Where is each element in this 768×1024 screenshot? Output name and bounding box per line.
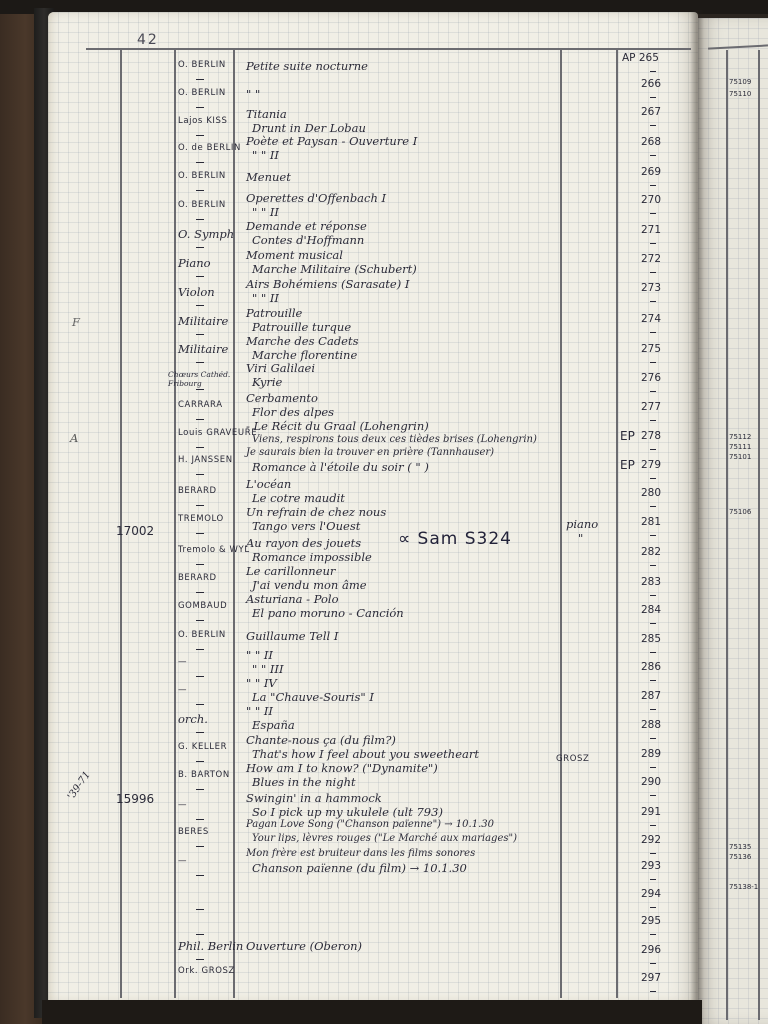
number-dash (650, 332, 656, 333)
record-number: 269 (641, 166, 661, 178)
artist-cell: O. BERLIN (178, 171, 226, 181)
title-cell: Chante-nous ça (du film?) (246, 734, 396, 746)
record-number: 279 (641, 459, 661, 471)
number-dash (650, 565, 656, 566)
catalog-code: 75109 (729, 78, 751, 86)
number-dash (650, 652, 656, 653)
ditto-dash (196, 533, 204, 534)
title-cell: Marche florentine (252, 349, 357, 361)
catalog-code: 75106 (729, 508, 751, 516)
instrument-note: piano (566, 518, 598, 530)
ditto-dash (196, 649, 204, 650)
ditto-dash (196, 761, 204, 762)
record-number: 283 (641, 576, 661, 588)
title-cell: Patrouille (246, 307, 302, 319)
title-cell: Airs Bohémiens (Sarasate) I (246, 278, 409, 290)
title-cell: That's how I feel about you sweetheart (252, 748, 479, 760)
title-cell: " " III (252, 663, 284, 675)
number-dash (650, 97, 656, 98)
artist-cell: G. KELLER (178, 742, 227, 752)
title-cell: So I pick up my ukulele (ult 793) (252, 806, 443, 818)
title-cell: " " II (252, 206, 279, 218)
artist-cell: — (178, 685, 187, 695)
ditto-dash (196, 592, 204, 593)
number-dash (650, 362, 656, 363)
ditto-dash (196, 474, 204, 475)
number-dash (650, 795, 656, 796)
ditto-dash (196, 875, 204, 876)
ditto-dash (196, 247, 204, 248)
title-cell: Flor des alpes (252, 406, 334, 418)
instrument-note-ditto: " (578, 532, 583, 544)
artist-cell: B. BARTON (178, 770, 230, 780)
ditto-dash (196, 190, 204, 191)
title-cell: España (252, 719, 295, 731)
number-dash (650, 185, 656, 186)
number-dash (650, 879, 656, 880)
number-dash (650, 623, 656, 624)
title-cell: " " II (252, 149, 279, 161)
margin-letter: A (70, 432, 78, 444)
facing-column-rule-1 (726, 50, 728, 1020)
artist-cell: O. BERLIN (178, 60, 226, 70)
title-cell: Marche des Cadets (246, 335, 359, 347)
record-number: 286 (641, 661, 661, 673)
catalog-code: 75112 (729, 433, 751, 441)
title-cell: - Le Récit du Graal (Lohengrin) (246, 420, 429, 432)
record-prefix: EP (620, 459, 635, 471)
catalog-code: 75110 (729, 90, 751, 98)
ditto-dash (196, 846, 204, 847)
catalog-code: 75138-1 (729, 883, 758, 891)
record-number: 267 (641, 106, 661, 118)
artist-cell: — (178, 856, 187, 866)
title-cell: Patrouille turque (252, 321, 351, 333)
number-dash (650, 535, 656, 536)
title-cell: Le cotre maudit (252, 492, 345, 504)
title-cell: Le carillonneur (246, 565, 335, 577)
number-dash (650, 934, 656, 935)
record-number: 278 (641, 430, 661, 442)
record-number: 266 (641, 78, 661, 90)
ditto-dash (196, 909, 204, 910)
number-dash (650, 213, 656, 214)
catalog-code: 75135 (729, 843, 751, 851)
margin-letter: F (72, 316, 80, 328)
record-number: 285 (641, 633, 661, 645)
artist-cell: O. BERLIN (178, 200, 226, 210)
title-cell: Drunt in Der Lobau (252, 122, 366, 134)
ditto-dash (196, 162, 204, 163)
title-cell: Ouverture (Oberon) (246, 940, 362, 952)
ditto-dash (196, 789, 204, 790)
title-cell: Demande et réponse (246, 220, 367, 232)
title-cell: " " II (246, 649, 273, 661)
artist-cell: GOMBAUD (178, 601, 227, 611)
column-rule-3 (233, 48, 235, 998)
title-cell: " " II (252, 292, 279, 304)
ditto-dash (196, 135, 204, 136)
record-number: 273 (641, 282, 661, 294)
title-cell: La "Chauve-Souris" I (252, 691, 374, 703)
record-prefix: EP (620, 430, 635, 442)
record-number: 293 (641, 860, 661, 872)
title-cell: Titania (246, 108, 287, 120)
number-dash (650, 391, 656, 392)
ditto-dash (196, 676, 204, 677)
number-dash (650, 301, 656, 302)
record-number: 287 (641, 690, 661, 702)
title-cell: Asturiana - Polo (246, 593, 339, 605)
ditto-dash (196, 389, 204, 390)
column-rule-2 (174, 48, 176, 998)
number-dash (650, 506, 656, 507)
record-number: 284 (641, 604, 661, 616)
ditto-dash (196, 934, 204, 935)
number-dash (650, 595, 656, 596)
title-cell: El pano moruno - Canción (252, 607, 404, 619)
number-dash (650, 991, 656, 992)
title-cell: " " II (246, 705, 273, 717)
artist-cell: Chœurs Cathéd. Fribourg (168, 370, 234, 388)
artist-cell: O. BERLIN (178, 88, 226, 98)
record-number: 280 (641, 487, 661, 499)
artist-cell: BERARD (178, 573, 217, 583)
title-cell: Swingin' in a hammock (246, 792, 382, 804)
record-number: 292 (641, 834, 661, 846)
title-cell: Un refrain de chez nous (246, 506, 386, 518)
record-number: 275 (641, 343, 661, 355)
title-cell: Je saurais bien la trouver en prière (Ta… (246, 447, 494, 459)
artist-cell: O. de BERLIN (178, 143, 241, 153)
record-number: 289 (641, 748, 661, 760)
number-dash (650, 71, 656, 72)
ditto-dash (196, 362, 204, 363)
title-cell: Marche Militaire (Schubert) (252, 263, 417, 275)
artist-cell: Ork. GROSZ (178, 966, 235, 976)
artist-cell: BERES (178, 827, 209, 837)
record-number: 272 (641, 253, 661, 265)
record-number: 295 (641, 915, 661, 927)
facing-column-rule-2 (758, 50, 760, 1020)
title-cell: Romance impossible (252, 551, 372, 563)
artist-cell: Militaire (178, 343, 228, 355)
title-cell: " " (246, 88, 260, 100)
title-cell: Viens, respirons tous deux ces tièdes br… (252, 434, 537, 446)
artist-cell: Militaire (178, 315, 228, 327)
artist-cell: BERARD (178, 486, 217, 496)
book-gutter (690, 10, 704, 1024)
title-cell: Pagan Love Song ("Chanson païenne") → 10… (246, 819, 494, 831)
title-cell: L'océan (246, 478, 291, 490)
record-number: 277 (641, 401, 661, 413)
record-number: 281 (641, 516, 661, 528)
column-rule-4 (560, 48, 562, 998)
number-dash (650, 478, 656, 479)
number-dash (650, 125, 656, 126)
record-number: 297 (641, 972, 661, 984)
title-cell: Au rayon des jouets (246, 537, 361, 549)
title-cell: Cerbamento (246, 392, 318, 404)
record-number: 288 (641, 719, 661, 731)
page-number: 42 (137, 32, 159, 48)
title-cell: Contes d'Hoffmann (252, 234, 364, 246)
number-dash (650, 420, 656, 421)
artist-cell: O. BERLIN (178, 630, 226, 640)
column-rule-5 (616, 48, 618, 998)
ditto-dash (196, 334, 204, 335)
artist-cell: CARRARA (178, 400, 223, 410)
title-cell: Poète et Paysan - Ouverture I (246, 135, 417, 147)
artist-cell: — (178, 800, 187, 810)
number-dash (650, 243, 656, 244)
record-number: 274 (641, 313, 661, 325)
catalog-code: 75101 (729, 453, 751, 461)
number-dash (650, 853, 656, 854)
ditto-dash (196, 620, 204, 621)
ditto-dash (196, 219, 204, 220)
annotation-sam: ∝ Sam S324 (398, 529, 512, 549)
ditto-dash (196, 819, 204, 820)
title-cell: Moment musical (246, 249, 343, 261)
number-dash (650, 907, 656, 908)
title-cell: J'ai vendu mon âme (252, 579, 367, 591)
catalog-number: 15996 (116, 793, 154, 805)
record-number: 270 (641, 194, 661, 206)
title-cell: How am I to know? ("Dynamite") (246, 762, 438, 774)
title-cell: Viri Galilaei (246, 362, 315, 374)
number-dash (650, 155, 656, 156)
number-dash (650, 709, 656, 710)
number-dash (650, 767, 656, 768)
title-cell: Guillaume Tell I (246, 630, 338, 642)
record-number: 296 (641, 944, 661, 956)
record-number: 290 (641, 776, 661, 788)
title-cell: Romance à l'étoile du soir ( " ) (252, 461, 429, 473)
record-number: 271 (641, 224, 661, 236)
header-rule (86, 48, 691, 50)
title-cell: Petite suite nocturne (246, 60, 368, 72)
grosz-note: GROSZ (556, 754, 589, 764)
number-dash (650, 680, 656, 681)
title-cell: Blues in the night (252, 776, 356, 788)
record-number: 268 (641, 136, 661, 148)
ditto-dash (196, 276, 204, 277)
title-cell: Menuet (246, 171, 291, 183)
title-cell: Operettes d'Offenbach I (246, 192, 386, 204)
number-dash (650, 738, 656, 739)
ditto-dash (196, 704, 204, 705)
artist-cell: Phil. Berlin (178, 940, 243, 952)
number-dash (650, 272, 656, 273)
artist-cell: H. JANSSEN (178, 455, 233, 465)
ditto-dash (196, 505, 204, 506)
artist-cell: Piano (178, 257, 211, 269)
artist-cell: orch. (178, 713, 208, 725)
catalog-code: 75136 (729, 853, 751, 861)
title-cell: Tango vers l'Ouest (252, 520, 360, 532)
title-cell: Chanson païenne (du film) → 10.1.30 (252, 862, 467, 874)
artist-cell: O. Symph (178, 228, 234, 240)
artist-cell: Violon (178, 286, 215, 298)
ditto-dash (196, 447, 204, 448)
record-number: 294 (641, 888, 661, 900)
bottom-edge (42, 1000, 702, 1024)
ditto-dash (196, 959, 204, 960)
title-cell: " " IV (246, 677, 277, 689)
artist-cell: Lajos KISS (178, 116, 228, 126)
record-number: AP 265 (622, 52, 659, 64)
artist-cell: TREMOLO (178, 514, 224, 524)
ditto-dash (196, 564, 204, 565)
artist-cell: — (178, 657, 187, 667)
ditto-dash (196, 732, 204, 733)
record-number: 276 (641, 372, 661, 384)
number-dash (650, 825, 656, 826)
record-number: 291 (641, 806, 661, 818)
title-cell: Mon frère est bruiteur dans les films so… (246, 848, 475, 860)
number-dash (650, 449, 656, 450)
catalog-code: 75111 (729, 443, 751, 451)
title-cell: Your lips, lèvres rouges ("Le Marché aux… (252, 833, 517, 845)
number-dash (650, 963, 656, 964)
artist-cell: Tremolo & WYL (178, 545, 250, 555)
ditto-dash (196, 107, 204, 108)
title-cell: Kyrie (252, 376, 282, 388)
column-rule-1 (120, 48, 122, 998)
record-number: 282 (641, 546, 661, 558)
catalog-number: 17002 (116, 525, 154, 537)
ditto-dash (196, 79, 204, 80)
ditto-dash (196, 419, 204, 420)
ditto-dash (196, 305, 204, 306)
